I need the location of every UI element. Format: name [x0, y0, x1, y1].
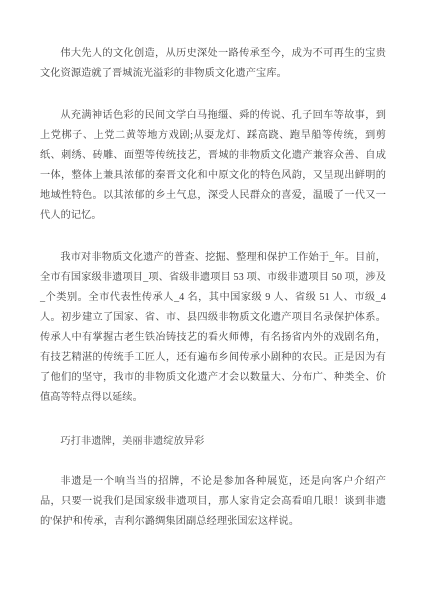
- paragraph-heritage-overview: 从充满神话色彩的民间文学白马拖缰、舜的传说、孔子回车等故事，到上党梆子、上党二黄…: [40, 106, 386, 226]
- paragraph-statistics: 我市对非物质文化遗产的普查、挖掘、整理和保护工作始于_年。目前，全市有国家级非遗…: [40, 248, 386, 408]
- paragraph-quote: 非遗是一个响当当的招牌，不论是参加各种展览，还是向客户介绍产品，只要一说我们是国…: [40, 472, 386, 532]
- paragraph-intro: 伟大先人的文化创造，从历史深处一路传承至今，成为不可再生的宝贵文化资源造就了晋城…: [40, 44, 386, 84]
- section-heading: 巧打非遗牌，美丽非遗绽放异彩: [40, 432, 386, 452]
- document-page: 伟大先人的文化创造，从历史深处一路传承至今，成为不可再生的宝贵文化资源造就了晋城…: [0, 0, 424, 600]
